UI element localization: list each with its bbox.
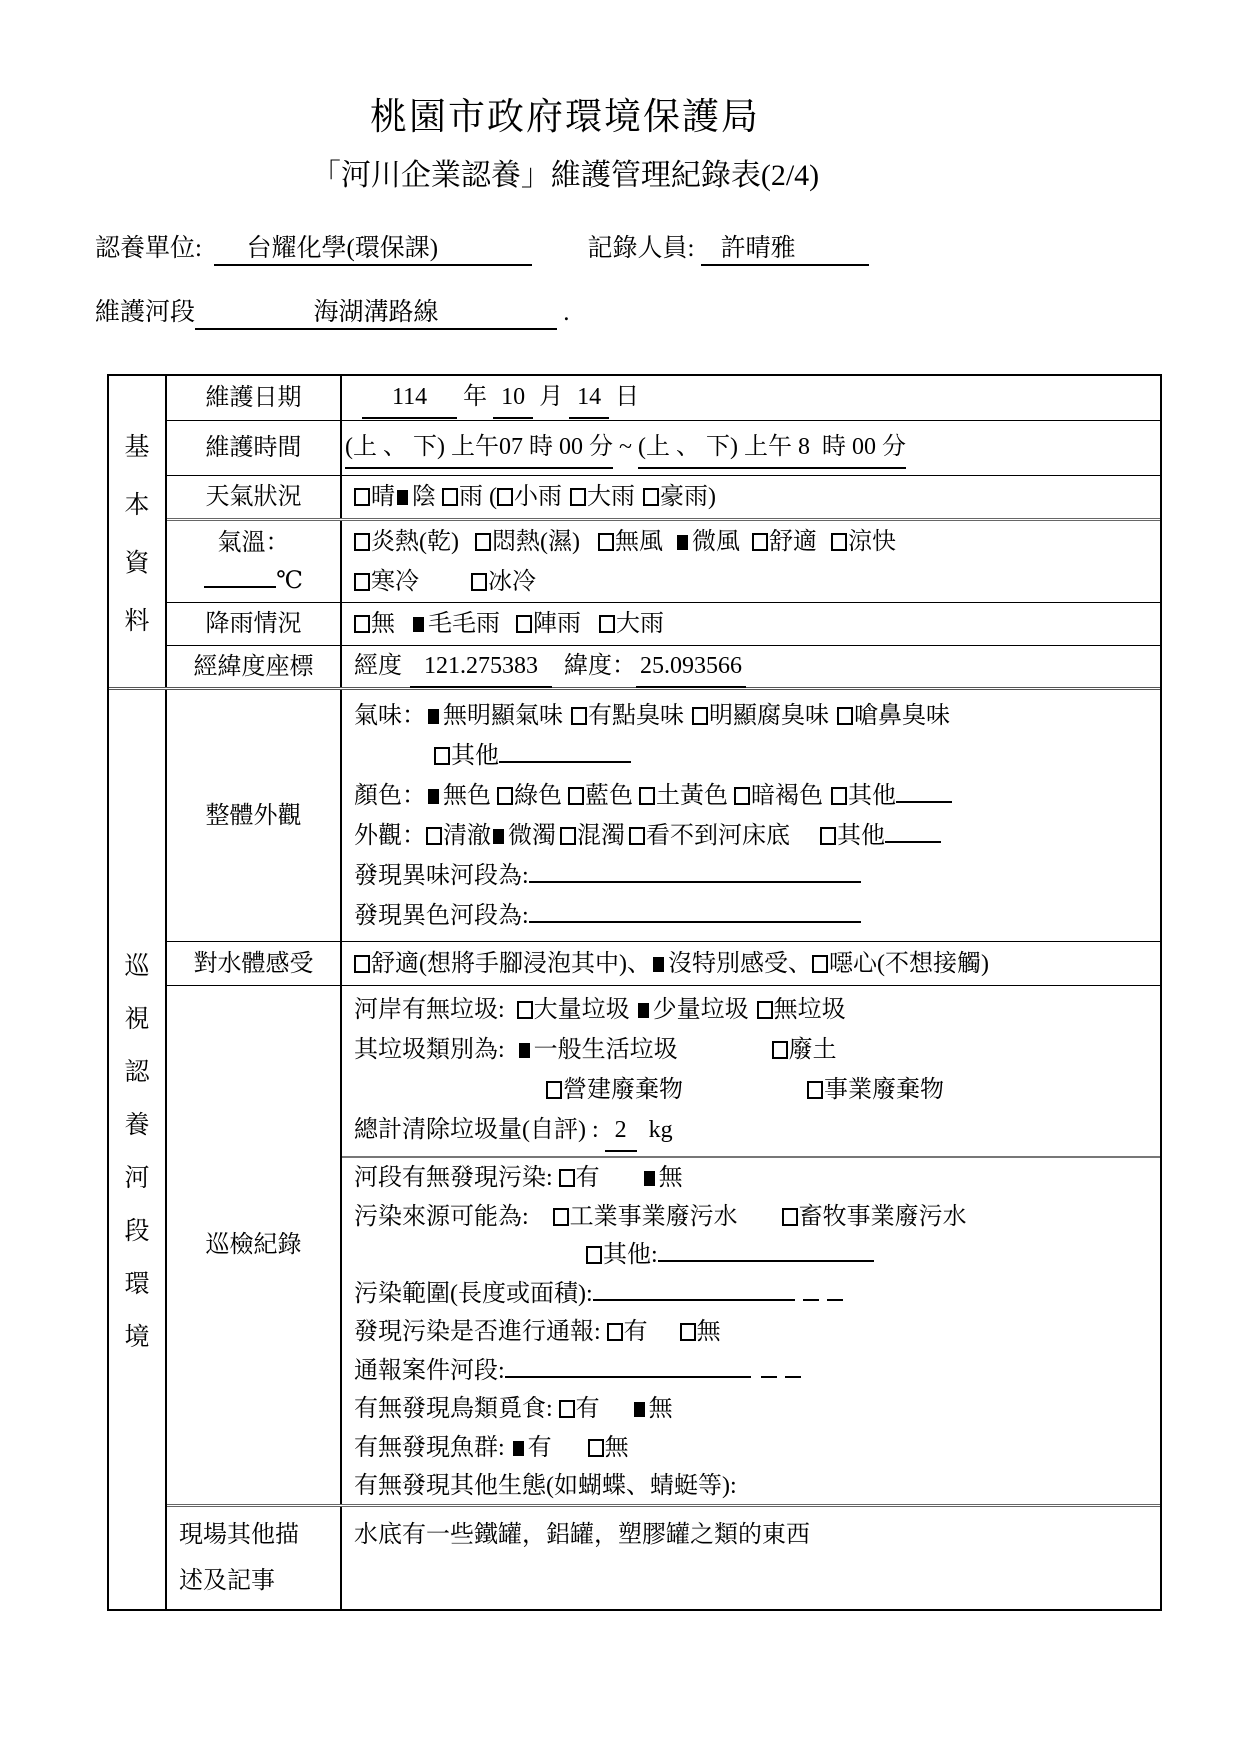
row-content: 河岸有無垃圾: 大量垃圾少量垃圾無垃圾其垃圾類別為: 一般生活垃圾廢土營建廢棄物… xyxy=(342,986,1160,1504)
checkbox-unchecked-icon xyxy=(812,955,828,973)
row-label: 經緯度座標 xyxy=(167,646,342,687)
checkbox-unchecked-icon xyxy=(559,1400,575,1418)
content-part: 無毛毛雨陣雨大雨 xyxy=(342,603,1160,645)
checkbox-unchecked-icon xyxy=(734,787,750,805)
option-label: 冰冷 xyxy=(488,569,536,595)
text: 日 xyxy=(609,384,639,410)
content-line: 114 年 10 月 14 日 xyxy=(354,377,1160,419)
option-label: 有 xyxy=(528,1435,552,1461)
content-part: 河岸有無垃圾: 大量垃圾少量垃圾無垃圾其垃圾類別為: 一般生活垃圾廢土營建廢棄物… xyxy=(342,986,1160,1156)
checkbox-option[interactable]: 藍色 xyxy=(568,783,633,809)
side-char: 巡 xyxy=(124,946,149,982)
content-part: 經度121.275383緯度：25.093566 xyxy=(342,646,1160,688)
content-line: 寒冷冰冷 xyxy=(354,562,1160,602)
option-label: 涼快 xyxy=(848,529,896,555)
option-label: 清澈 xyxy=(443,823,491,849)
option-label: 混濁 xyxy=(577,823,625,849)
side-char: 段 xyxy=(124,1211,149,1247)
checkbox-option[interactable]: 其他: xyxy=(586,1242,658,1268)
checkbox-unchecked-icon xyxy=(546,1081,562,1099)
field-value[interactable]: 2 xyxy=(605,1110,637,1152)
label-line: 述及記事 xyxy=(179,1558,275,1604)
checkbox-option[interactable]: 陰 xyxy=(395,484,436,510)
text: ~ xyxy=(613,434,638,460)
option-label: 微濁 xyxy=(508,823,556,849)
checkbox-unchecked-icon xyxy=(354,573,370,591)
content-line: 河岸有無垃圾: 大量垃圾少量垃圾無垃圾 xyxy=(354,990,1160,1030)
content-part: 炎熱(乾)悶熱(濕)無風微風舒適涼快寒冷冰冷 xyxy=(342,521,1160,602)
text: 維護時間 xyxy=(206,435,302,461)
checkbox-option[interactable]: 無 xyxy=(642,1165,683,1191)
row-label: 整體外觀 xyxy=(167,690,342,941)
row-content: 水底有一些鐵罐，鋁罐，塑膠罐之類的東西 xyxy=(342,1507,1160,1609)
text: 污染來源可能為: xyxy=(354,1204,541,1230)
checkbox-unchecked-icon xyxy=(442,488,458,506)
section-side-label: 巡視認養河段環境 xyxy=(109,690,167,1609)
checkbox-option[interactable]: 清澈 xyxy=(426,823,491,849)
checkbox-option[interactable]: 寒冷 xyxy=(354,569,419,595)
form-table: 基本資料維護日期114 年 10 月 14 日維護時間(上 、 下) 上午07 … xyxy=(107,374,1162,1611)
option-label: 廢土 xyxy=(789,1037,837,1063)
checkbox-option[interactable]: 舒適(想將手腳浸泡其中)、 xyxy=(354,951,651,977)
checkbox-option[interactable]: 雨 xyxy=(442,484,483,510)
checkbox-option[interactable]: 土黃色 xyxy=(639,783,728,809)
checkbox-checked-icon xyxy=(653,957,664,972)
content-line: 有無發現魚群: 有無 xyxy=(354,1429,1160,1468)
page-title: 桃園市政府環境保護局 xyxy=(0,86,1130,140)
checkbox-unchecked-icon xyxy=(831,533,847,551)
blank-line[interactable] xyxy=(885,818,941,843)
option-label: 有 xyxy=(624,1319,648,1345)
checkbox-option[interactable]: 悶熱(濕) xyxy=(475,529,580,555)
section-side-label: 基本資料 xyxy=(109,376,167,687)
checkbox-option[interactable]: 豪雨 xyxy=(643,484,708,510)
option-label: 無 xyxy=(371,611,395,637)
option-label: 土黃色 xyxy=(656,783,728,809)
label-line: 經緯度座標 xyxy=(194,648,314,686)
text: 總計清除垃圾量(自評) : xyxy=(354,1117,605,1143)
option-label: 畜牧事業廢污水 xyxy=(799,1204,967,1230)
checkbox-option[interactable]: 有 xyxy=(559,1396,600,1422)
option-label: 舒適 xyxy=(769,529,817,555)
side-char: 環 xyxy=(124,1264,149,1300)
checkbox-option[interactable]: 陣雨 xyxy=(516,611,581,637)
adopt-unit-value[interactable]: 台耀化學(環保課) xyxy=(214,228,532,266)
checkbox-unchecked-icon xyxy=(820,827,836,845)
checkbox-option[interactable]: 毛毛雨 xyxy=(411,611,500,637)
adopt-unit-line: 認養單位: 台耀化學(環保課)記錄人員: 許晴雅 xyxy=(95,228,1240,266)
content-line: 有無發現其他生態(如蝴蝶、蜻蜓等): xyxy=(354,1467,1160,1506)
text: 經緯度座標 xyxy=(194,654,314,680)
text: 降雨情況 xyxy=(206,611,302,637)
checkbox-option[interactable]: 工業事業廢污水 xyxy=(553,1204,738,1230)
content-line: 其他 xyxy=(354,736,1160,776)
label-line: 對水體感受 xyxy=(194,945,314,983)
checkbox-unchecked-icon xyxy=(680,1323,696,1341)
text: 有無發現鳥類覓食: xyxy=(354,1396,559,1422)
text: 水底有一些鐵罐，鋁罐，塑膠罐之類的東西 xyxy=(354,1522,810,1548)
checkbox-option[interactable]: 事業廢棄物 xyxy=(807,1077,944,1103)
text: 河岸有無垃圾: xyxy=(354,997,517,1023)
text: ℃ xyxy=(276,568,303,594)
checkbox-option[interactable]: 大量垃圾 xyxy=(517,997,630,1023)
option-label: 大雨 xyxy=(587,484,635,510)
text: 經度 xyxy=(354,653,402,679)
option-label: 暗褐色 xyxy=(751,783,823,809)
checkbox-unchecked-icon xyxy=(782,1208,798,1226)
option-label: 雨 xyxy=(459,484,483,510)
option-label: 事業廢棄物 xyxy=(824,1077,944,1103)
content-line: 發現異色河段為: xyxy=(354,896,1160,936)
label-line: 整體外觀 xyxy=(206,797,302,835)
text: 天氣狀況 xyxy=(206,484,302,510)
option-label: 綠色 xyxy=(514,783,562,809)
checkbox-option[interactable]: 無 xyxy=(588,1435,629,1461)
row-content: 114 年 10 月 14 日 xyxy=(342,376,1160,420)
option-label: 無 xyxy=(659,1165,683,1191)
checkbox-unchecked-icon xyxy=(517,1001,533,1019)
checkbox-unchecked-icon xyxy=(639,787,655,805)
side-char: 視 xyxy=(124,999,149,1035)
text: 污染範圍(長度或面積): xyxy=(354,1281,593,1307)
content-line: 外觀：清澈微濁混濁看不到河床底其他 xyxy=(354,816,1160,856)
checkbox-unchecked-icon xyxy=(497,488,513,506)
checkbox-unchecked-icon xyxy=(426,827,442,845)
content-part: (上 、 下) 上午07 時 00 分 ~ (上 、 下) 上午 8 時 00 … xyxy=(342,421,1160,475)
checkbox-option[interactable]: 嗆鼻臭味 xyxy=(837,703,950,729)
content-line: 營建廢棄物事業廢棄物 xyxy=(354,1070,1160,1110)
checkbox-option[interactable]: 綠色 xyxy=(497,783,562,809)
option-label: 沒特別感受、 xyxy=(668,951,812,977)
content-part: 114 年 10 月 14 日 xyxy=(342,376,1160,420)
side-char: 資 xyxy=(124,543,149,579)
text: 通報案件河段: xyxy=(354,1358,505,1384)
blank-line[interactable] xyxy=(529,858,861,883)
checkbox-unchecked-icon xyxy=(588,1439,604,1457)
content-line: 河段有無發現污染: 有無 xyxy=(354,1159,1160,1198)
option-label: 少量垃圾 xyxy=(653,997,749,1023)
checkbox-option[interactable]: 無色 xyxy=(426,783,491,809)
checkbox-checked-icon xyxy=(397,490,408,505)
checkbox-unchecked-icon xyxy=(354,615,370,633)
checkbox-option[interactable]: 無 xyxy=(354,611,395,637)
blank-line[interactable] xyxy=(761,1353,777,1378)
label-line: 維護時間 xyxy=(206,429,302,467)
text: 緯度： xyxy=(564,653,636,679)
blank-line[interactable] xyxy=(204,563,276,588)
row-content: 無毛毛雨陣雨大雨 xyxy=(342,603,1160,645)
option-label: 無垃圾 xyxy=(774,997,846,1023)
checkbox-unchecked-icon xyxy=(599,615,615,633)
checkbox-unchecked-icon xyxy=(757,1001,773,1019)
side-char: 料 xyxy=(124,601,149,637)
checkbox-unchecked-icon xyxy=(831,787,847,805)
checkbox-option[interactable]: 涼快 xyxy=(831,529,896,555)
checkbox-checked-icon xyxy=(519,1043,530,1058)
checkbox-unchecked-icon xyxy=(772,1041,788,1059)
text: 月 xyxy=(533,384,569,410)
content-line: 氣味：無明顯氣味有點臭味明顯腐臭味嗆鼻臭味 xyxy=(354,696,1160,736)
checkbox-checked-icon xyxy=(677,535,688,550)
row-coordinates: 經緯度座標經度121.275383緯度：25.093566 xyxy=(167,645,1160,687)
section-basic-info: 基本資料維護日期114 年 10 月 14 日維護時間(上 、 下) 上午07 … xyxy=(109,376,1160,687)
row-content: 氣味：無明顯氣味有點臭味明顯腐臭味嗆鼻臭味其他顏色：無色綠色藍色土黃色暗褐色其他… xyxy=(342,690,1160,941)
label-line: 氣溫： xyxy=(218,524,290,562)
content-part: 河段有無發現污染: 有無污染來源可能為: 工業事業廢污水畜牧事業廢污水其他:污染… xyxy=(342,1156,1160,1507)
text: 對水體感受 xyxy=(194,951,314,977)
content-line: 顏色：無色綠色藍色土黃色暗褐色其他 xyxy=(354,776,1160,816)
content-line: (上 、 下) 上午07 時 00 分 ~ (上 、 下) 上午 8 時 00 … xyxy=(345,427,1160,469)
text: 述及記事 xyxy=(179,1568,275,1594)
checkbox-option[interactable]: 晴 xyxy=(354,484,395,510)
checkbox-option[interactable]: 噁心(不想接觸) xyxy=(812,951,989,977)
option-label: 大量垃圾 xyxy=(534,997,630,1023)
option-label: 毛毛雨 xyxy=(428,611,500,637)
label-line: 天氣狀況 xyxy=(206,478,302,516)
checkbox-option[interactable]: 其他 xyxy=(434,743,499,769)
row-content: 經度121.275383緯度：25.093566 xyxy=(342,646,1160,687)
checkbox-unchecked-icon xyxy=(354,955,370,973)
blank-line[interactable] xyxy=(803,1276,819,1301)
row-content: 晴陰雨 (小雨大雨豪雨) xyxy=(342,476,1160,518)
blank-line[interactable] xyxy=(529,898,861,923)
label-line: 巡檢紀錄 xyxy=(206,1226,302,1264)
recorder-value[interactable]: 許晴雅 xyxy=(701,228,869,266)
row-patrol-record: 巡檢紀錄河岸有無垃圾: 大量垃圾少量垃圾無垃圾其垃圾類別為: 一般生活垃圾廢土營… xyxy=(167,985,1160,1504)
checkbox-checked-icon xyxy=(644,1171,655,1186)
checkbox-unchecked-icon xyxy=(559,1169,575,1187)
checkbox-checked-icon xyxy=(634,1402,645,1417)
recorder-label: 記錄人員: xyxy=(587,235,700,262)
checkbox-unchecked-icon xyxy=(586,1246,602,1264)
river-section-line: 維護河段海湖溝路線 . xyxy=(95,292,1240,330)
blank-line[interactable] xyxy=(505,1353,751,1378)
row-site-notes: 現場其他描述及記事水底有一些鐵罐，鋁罐，塑膠罐之類的東西 xyxy=(167,1504,1160,1609)
content-line: 總計清除垃圾量(自評) : 2 kg xyxy=(354,1110,1160,1152)
text: 外觀： xyxy=(354,823,426,849)
content-line: 污染範圍(長度或面積): xyxy=(354,1275,1160,1314)
option-label: 無 xyxy=(697,1319,721,1345)
content-line: 無毛毛雨陣雨大雨 xyxy=(354,604,1160,644)
checkbox-unchecked-icon xyxy=(629,827,645,845)
text: 巡檢紀錄 xyxy=(206,1232,302,1258)
checkbox-option[interactable]: 畜牧事業廢污水 xyxy=(782,1204,967,1230)
checkbox-option[interactable]: 大雨 xyxy=(570,484,635,510)
side-char: 本 xyxy=(124,485,149,521)
blank-line[interactable] xyxy=(785,1353,801,1378)
option-label: 明顯腐臭味 xyxy=(709,703,829,729)
checkbox-unchecked-icon xyxy=(643,488,659,506)
checkbox-unchecked-icon xyxy=(354,533,370,551)
content-part: 晴陰雨 (小雨大雨豪雨) xyxy=(342,476,1160,518)
row-water-feeling: 對水體感受舒適(想將手腳浸泡其中)、沒特別感受、噁心(不想接觸) xyxy=(167,941,1160,985)
checkbox-unchecked-icon xyxy=(497,787,513,805)
checkbox-unchecked-icon xyxy=(560,827,576,845)
label-line: ℃ xyxy=(204,562,303,600)
text: ) xyxy=(708,484,716,510)
checkbox-unchecked-icon xyxy=(807,1081,823,1099)
content-line: 經度121.275383緯度：25.093566 xyxy=(354,646,1160,688)
blank-line[interactable] xyxy=(896,778,952,803)
content-line: 其他: xyxy=(354,1236,1160,1275)
checkbox-option[interactable]: 明顯腐臭味 xyxy=(692,703,829,729)
row-content: 舒適(想將手腳浸泡其中)、沒特別感受、噁心(不想接觸) xyxy=(342,942,1160,985)
checkbox-unchecked-icon xyxy=(553,1208,569,1226)
content-line: 通報案件河段: xyxy=(354,1352,1160,1391)
option-label: 陰 xyxy=(412,484,436,510)
text: 其垃圾類別為: xyxy=(354,1037,517,1063)
row-maintenance-time: 維護時間(上 、 下) 上午07 時 00 分 ~ (上 、 下) 上午 8 時… xyxy=(167,420,1160,475)
option-label: 悶熱(濕) xyxy=(492,529,580,555)
option-label: 寒冷 xyxy=(371,569,419,595)
checkbox-option[interactable]: 有 xyxy=(607,1319,648,1345)
text: kg xyxy=(637,1117,673,1143)
row-content: 炎熱(乾)悶熱(濕)無風微風舒適涼快寒冷冰冷 xyxy=(342,521,1160,602)
field-value[interactable]: 25.093566 xyxy=(636,646,746,688)
checkbox-option[interactable]: 大雨 xyxy=(599,611,664,637)
content-line: 炎熱(乾)悶熱(濕)無風微風舒適涼快 xyxy=(354,522,1160,562)
content-line: 污染來源可能為: 工業事業廢污水畜牧事業廢污水 xyxy=(354,1198,1160,1237)
checkbox-option[interactable]: 有 xyxy=(511,1435,552,1461)
row-rainfall: 降雨情況無毛毛雨陣雨大雨 xyxy=(167,602,1160,645)
blank-line[interactable] xyxy=(658,1237,874,1262)
checkbox-option[interactable]: 一般生活垃圾 xyxy=(517,1037,678,1063)
checkbox-option[interactable]: 有 xyxy=(559,1165,600,1191)
content-line: 有無發現鳥類覓食: 有無 xyxy=(354,1390,1160,1429)
checkbox-option[interactable]: 營建廢棄物 xyxy=(546,1077,683,1103)
section-patrol-environment: 巡視認養河段環境整體外觀氣味：無明顯氣味有點臭味明顯腐臭味嗆鼻臭味其他顏色：無色… xyxy=(109,687,1160,1609)
option-label: 藍色 xyxy=(585,783,633,809)
option-label: 工業事業廢污水 xyxy=(570,1204,738,1230)
text: 發現異味河段為: xyxy=(354,863,529,889)
checkbox-option[interactable]: 無 xyxy=(632,1396,673,1422)
side-char: 基 xyxy=(124,427,149,463)
checkbox-option[interactable]: 看不到河床底 xyxy=(629,823,790,849)
checkbox-unchecked-icon xyxy=(516,615,532,633)
checkbox-option[interactable]: 其他 xyxy=(820,823,885,849)
checkbox-option[interactable]: 冰冷 xyxy=(471,569,536,595)
option-label: 無明顯氣味 xyxy=(443,703,563,729)
content-line: 晴陰雨 (小雨大雨豪雨) xyxy=(354,477,1160,517)
row-label: 對水體感受 xyxy=(167,942,342,985)
checkbox-option[interactable]: 沒特別感受、 xyxy=(651,951,812,977)
option-label: 小雨 xyxy=(514,484,562,510)
row-label: 維護時間 xyxy=(167,421,342,475)
checkbox-option[interactable]: 少量垃圾 xyxy=(636,997,749,1023)
field-value[interactable]: 14 xyxy=(569,377,609,419)
option-label: 無 xyxy=(605,1435,629,1461)
checkbox-checked-icon xyxy=(413,617,424,632)
river-section-label: 維護河段 xyxy=(95,299,195,326)
checkbox-option[interactable]: 暗褐色 xyxy=(734,783,823,809)
side-char: 養 xyxy=(124,1105,149,1141)
content-line: 發現異味河段為: xyxy=(354,856,1160,896)
checkbox-option[interactable]: 炎熱(乾) xyxy=(354,529,459,555)
checkbox-option[interactable]: 廢土 xyxy=(772,1037,837,1063)
text: 整體外觀 xyxy=(206,803,302,829)
checkbox-option[interactable]: 微風 xyxy=(675,529,740,555)
header-fields: 認養單位: 台耀化學(環保課)記錄人員: 許晴雅 維護河段海湖溝路線 . xyxy=(95,228,1240,330)
field-value[interactable]: 114 xyxy=(362,377,457,419)
checkbox-option[interactable]: 無風 xyxy=(598,529,663,555)
page-subtitle: 「河川企業認養」維護管理紀錄表(2/4) xyxy=(0,150,1130,194)
row-label: 降雨情況 xyxy=(167,603,342,645)
side-char: 境 xyxy=(124,1317,149,1353)
option-label: 一般生活垃圾 xyxy=(534,1037,678,1063)
option-label: 營建廢棄物 xyxy=(563,1077,683,1103)
label-line: 維護日期 xyxy=(206,379,302,417)
field-value[interactable]: 10 xyxy=(493,377,533,419)
text: ( xyxy=(483,484,497,510)
checkbox-option[interactable]: 有點臭味 xyxy=(571,703,684,729)
option-label: 有點臭味 xyxy=(588,703,684,729)
option-label: 其他: xyxy=(603,1242,658,1268)
row-label: 氣溫：℃ xyxy=(167,521,342,602)
option-label: 無 xyxy=(649,1396,673,1422)
checkbox-option[interactable]: 微濁 xyxy=(491,823,556,849)
option-label: 舒適(想將手腳浸泡其中)、 xyxy=(371,951,651,977)
row-label: 巡檢紀錄 xyxy=(167,986,342,1504)
checkbox-option[interactable]: 混濁 xyxy=(560,823,625,849)
field-value[interactable]: 121.275383 xyxy=(410,646,552,688)
content-line: 發現污染是否進行通報: 有無 xyxy=(354,1313,1160,1352)
checkbox-unchecked-icon xyxy=(471,573,487,591)
checkbox-option[interactable]: 舒適 xyxy=(752,529,817,555)
option-label: 有 xyxy=(576,1165,600,1191)
option-label: 看不到河床底 xyxy=(646,823,790,849)
text: 氣味： xyxy=(354,703,426,729)
checkbox-checked-icon xyxy=(428,789,439,804)
checkbox-option[interactable]: 無明顯氣味 xyxy=(426,703,563,729)
checkbox-unchecked-icon xyxy=(692,707,708,725)
option-label: 噁心(不想接觸) xyxy=(829,951,989,977)
option-label: 大雨 xyxy=(616,611,664,637)
row-temperature: 氣溫：℃炎熱(乾)悶熱(濕)無風微風舒適涼快寒冷冰冷 xyxy=(167,518,1160,602)
text: 有無發現魚群: xyxy=(354,1435,511,1461)
checkbox-unchecked-icon xyxy=(752,533,768,551)
option-label: 炎熱(乾) xyxy=(371,529,459,555)
row-content: (上 、 下) 上午07 時 00 分 ~ (上 、 下) 上午 8 時 00 … xyxy=(342,421,1160,475)
checkbox-option[interactable]: 無垃圾 xyxy=(757,997,846,1023)
content-part: 舒適(想將手腳浸泡其中)、沒特別感受、噁心(不想接觸) xyxy=(342,942,1160,985)
checkbox-option[interactable]: 小雨 xyxy=(497,484,562,510)
blank-line[interactable] xyxy=(499,738,631,763)
blank-line[interactable] xyxy=(827,1276,843,1301)
text: 現場其他描 xyxy=(179,1522,299,1548)
content-line: 水底有一些鐵罐，鋁罐，塑膠罐之類的東西 xyxy=(354,1515,1160,1555)
field-value[interactable]: (上 、 下) 上午07 時 00 分 xyxy=(345,427,613,469)
text: 年 xyxy=(457,384,493,410)
text: 維護日期 xyxy=(206,385,302,411)
checkbox-option[interactable]: 無 xyxy=(680,1319,721,1345)
content-line: 舒適(想將手腳浸泡其中)、沒特別感受、噁心(不想接觸) xyxy=(354,944,1160,984)
field-value[interactable]: (上 、 下) 上午 8 時 00 分 xyxy=(638,427,906,469)
checkbox-checked-icon xyxy=(513,1441,524,1456)
blank-line[interactable] xyxy=(593,1276,795,1301)
checkbox-checked-icon xyxy=(638,1003,649,1018)
checkbox-unchecked-icon xyxy=(571,707,587,725)
option-label: 其他 xyxy=(837,823,885,849)
checkbox-option[interactable]: 其他 xyxy=(831,783,896,809)
option-label: 晴 xyxy=(371,484,395,510)
checkbox-unchecked-icon xyxy=(598,533,614,551)
text: 氣溫： xyxy=(218,530,290,556)
text: 有無發現其他生態(如蝴蝶、蜻蜓等): xyxy=(354,1473,737,1499)
row-overall-appearance: 整體外觀氣味：無明顯氣味有點臭味明顯腐臭味嗆鼻臭味其他顏色：無色綠色藍色土黃色暗… xyxy=(167,690,1160,941)
checkbox-unchecked-icon xyxy=(607,1323,623,1341)
river-section-value[interactable]: 海湖溝路線 xyxy=(195,292,557,330)
row-weather: 天氣狀況晴陰雨 (小雨大雨豪雨) xyxy=(167,475,1160,518)
